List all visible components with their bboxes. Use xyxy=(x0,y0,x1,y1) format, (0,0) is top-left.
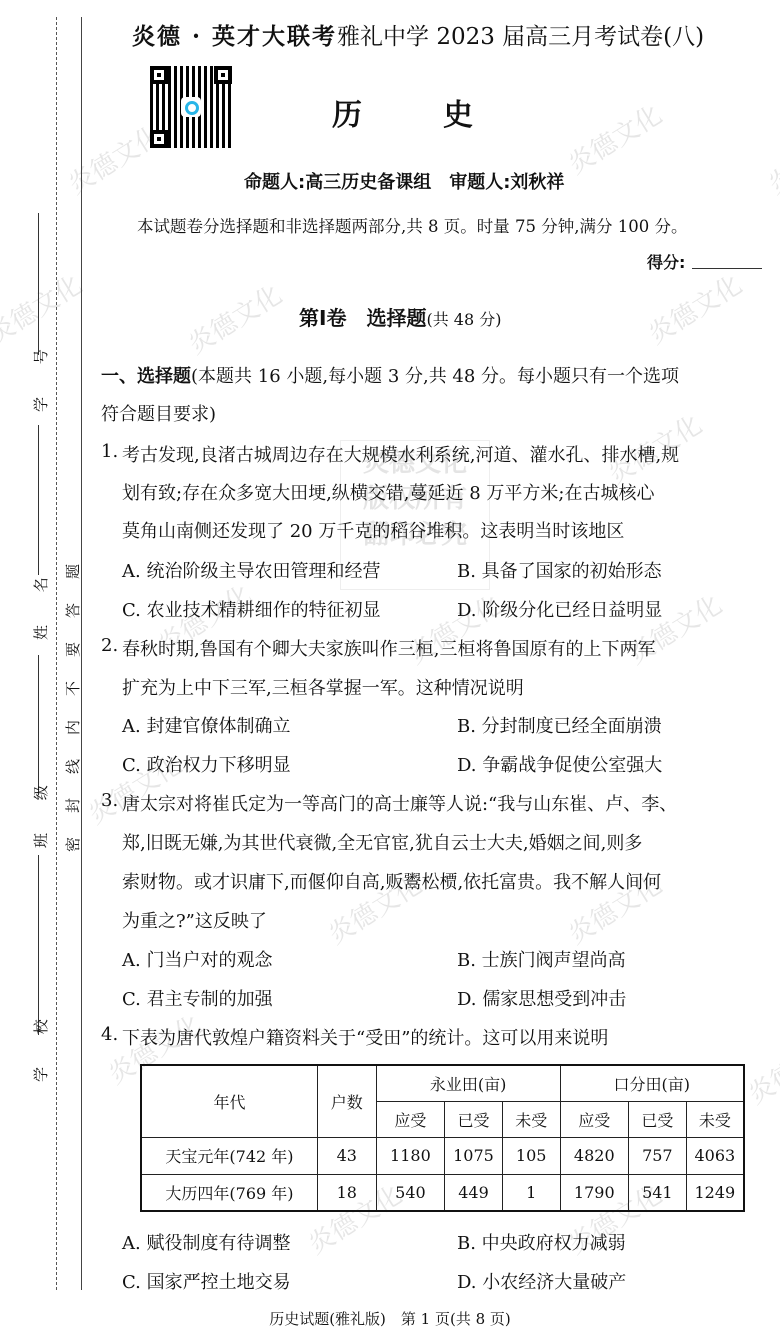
cell-era: 天宝元年(742 年) xyxy=(141,1137,317,1174)
option-b[interactable]: B. 中央政府权力减弱 xyxy=(457,1229,626,1255)
option-d[interactable]: D. 小农经济大量破产 xyxy=(457,1268,626,1294)
cell-value: 1790 xyxy=(560,1174,628,1211)
option-b[interactable]: B. 士族门阀声望尚高 xyxy=(457,946,626,972)
question-stem: 下表为唐代敦煌户籍资料关于“受田”的统计。这可以用来说明 xyxy=(122,1024,608,1050)
option-d[interactable]: D. 阶级分化已经日益明显 xyxy=(457,596,662,622)
option-c[interactable]: C. 君主专制的加强 xyxy=(122,985,273,1011)
question-stem: 莫角山南侧还发现了 20 万千克的稻谷堆积。这表明当时该地区 xyxy=(122,517,624,543)
header-era: 年代 xyxy=(141,1065,317,1137)
watermark: 炎德文化 xyxy=(640,265,748,351)
subheader: 未受 xyxy=(686,1101,744,1137)
subheader: 应受 xyxy=(376,1101,444,1137)
question-stem: 考古发现,良渚古城周边存在大规模水利系统,河道、灌水孔、排水槽,规 xyxy=(122,441,679,467)
question-stem: 唐太宗对将崔氏定为一等高门的高士廉等人说:“我与山东崔、卢、李、 xyxy=(122,790,677,816)
cell-value: 449 xyxy=(445,1174,503,1211)
option-a[interactable]: A. 门当户对的观念 xyxy=(122,946,272,972)
score-label: 得分: xyxy=(647,250,685,273)
cell-value: 1249 xyxy=(686,1174,744,1211)
question-stem: 春秋时期,鲁国有个卿大夫家族叫作三桓,三桓将鲁国原有的上下两军 xyxy=(122,635,655,661)
header-yongye-field: 永业田(亩) xyxy=(376,1065,560,1101)
question-number: 2. xyxy=(101,635,118,656)
cell-value: 4063 xyxy=(686,1137,744,1174)
subheader: 已受 xyxy=(628,1101,686,1137)
table-row: 大历四年(769 年) 18 540 449 1 1790 541 1249 xyxy=(141,1174,744,1211)
option-c[interactable]: C. 国家严控土地交易 xyxy=(122,1268,291,1294)
header-households: 户数 xyxy=(317,1065,376,1137)
subject-title: 历 xyxy=(332,90,362,134)
authors: 命题人:高三历史备课组 审题人:刘秋祥 xyxy=(244,168,564,194)
cell-value: 105 xyxy=(502,1137,560,1174)
question-number: 1. xyxy=(101,441,118,462)
student-id-field[interactable] xyxy=(38,213,39,355)
part-title: 第Ⅰ卷 选择题(共 48 分) xyxy=(299,302,501,331)
question-number: 4. xyxy=(101,1024,118,1045)
section-instructions: 符合题目要求) xyxy=(101,400,216,426)
qr-finder-icon xyxy=(150,130,168,148)
question-stem: 扩充为上中下三军,三桓各掌握一军。这种情况说明 xyxy=(122,674,524,700)
subheader: 已受 xyxy=(445,1101,503,1137)
option-a[interactable]: A. 封建官僚体制确立 xyxy=(122,712,290,738)
watermark: 炎德文化 xyxy=(560,95,668,181)
option-a[interactable]: A. 赋役制度有待调整 xyxy=(122,1229,290,1255)
seal-warning: 密封线内不要答题 xyxy=(62,540,83,852)
section-heading: 一、选择题(本题共 16 小题,每小题 3 分,共 48 分。每小题只有一个选项 xyxy=(101,362,679,388)
watermark: 炎德文化 xyxy=(740,1025,780,1111)
cell-value: 1180 xyxy=(376,1137,444,1174)
subject-title: 史 xyxy=(443,90,473,134)
option-b[interactable]: B. 具备了国家的初始形态 xyxy=(457,557,662,583)
section-title: 一、选择题 xyxy=(101,366,191,387)
qr-code-icon xyxy=(150,66,232,148)
subheader: 未受 xyxy=(502,1101,560,1137)
section-instructions: (本题共 16 小题,每小题 3 分,共 48 分。每小题只有一个选项 xyxy=(191,366,679,387)
part-name: 第Ⅰ卷 选择题 xyxy=(299,306,426,330)
cut-line-dashed xyxy=(56,17,57,1290)
name-field[interactable] xyxy=(38,425,39,575)
question-stem: 郑,旧既无嫌,为其世代衰微,全无官宦,犹自云士大夫,婚姻之间,则多 xyxy=(122,829,642,855)
class-label: 班 级 xyxy=(30,771,51,848)
option-d[interactable]: D. 儒家思想受到冲击 xyxy=(457,985,626,1011)
cell-era: 大历四年(769 年) xyxy=(141,1174,317,1211)
cell-households: 43 xyxy=(317,1137,376,1174)
cell-value: 541 xyxy=(628,1174,686,1211)
school-label: 学 校 xyxy=(30,1005,51,1082)
exam-intro: 本试题卷分选择题和非选择题两部分,共 8 页。时量 75 分钟,满分 100 分… xyxy=(137,213,687,237)
watermark: 炎德文化 xyxy=(760,115,780,201)
option-d[interactable]: D. 争霸战争促使公室强大 xyxy=(457,751,662,777)
page-footer: 历史试题(雅礼版) 第 1 页(共 8 页) xyxy=(0,1308,780,1329)
cell-value: 540 xyxy=(376,1174,444,1211)
cell-households: 18 xyxy=(317,1174,376,1211)
subheader: 应受 xyxy=(560,1101,628,1137)
option-b[interactable]: B. 分封制度已经全面崩溃 xyxy=(457,712,662,738)
exam-title: 雅礼中学 2023 届高三月考试卷(八) xyxy=(337,24,704,50)
cell-value: 1075 xyxy=(445,1137,503,1174)
option-a[interactable]: A. 统治阶级主导农田管理和经营 xyxy=(122,557,380,583)
cell-value: 4820 xyxy=(560,1137,628,1174)
question-stem: 索财物。或才识庸下,而偃仰自高,贩鬻松槚,依托富贵。我不解人间何 xyxy=(122,868,661,894)
table-row: 天宝元年(742 年) 43 1180 1075 105 4820 757 40… xyxy=(141,1137,744,1174)
score-field[interactable] xyxy=(692,268,762,269)
watermark: 炎德文化 xyxy=(180,275,288,361)
cell-value: 757 xyxy=(628,1137,686,1174)
land-allocation-table: 年代 户数 永业田(亩) 口分田(亩) 应受 已受 未受 应受 已受 未受 天宝… xyxy=(140,1064,745,1212)
part-points: (共 48 分) xyxy=(426,310,501,329)
qr-logo-icon xyxy=(181,97,201,117)
question-number: 3. xyxy=(101,790,118,811)
brand-name: 炎德 · 英才大联考 xyxy=(132,23,337,50)
question-stem: 划有致;存在众多宽大田埂,纵横交错,蔓延近 8 万平方米;在古城核心 xyxy=(122,479,654,505)
header-koufen-field: 口分田(亩) xyxy=(560,1065,744,1101)
option-c[interactable]: C. 政治权力下移明显 xyxy=(122,751,291,777)
option-c[interactable]: C. 农业技术精耕细作的特征初显 xyxy=(122,596,381,622)
name-label: 姓 名 xyxy=(30,563,51,640)
qr-finder-icon xyxy=(214,66,232,84)
cell-value: 1 xyxy=(502,1174,560,1211)
exam-header: 炎德 · 英才大联考雅礼中学 2023 届高三月考试卷(八) xyxy=(132,18,704,51)
qr-finder-icon xyxy=(150,66,168,84)
question-stem: 为重之?”这反映了 xyxy=(122,907,267,933)
student-id-label: 学 号 xyxy=(30,335,51,412)
